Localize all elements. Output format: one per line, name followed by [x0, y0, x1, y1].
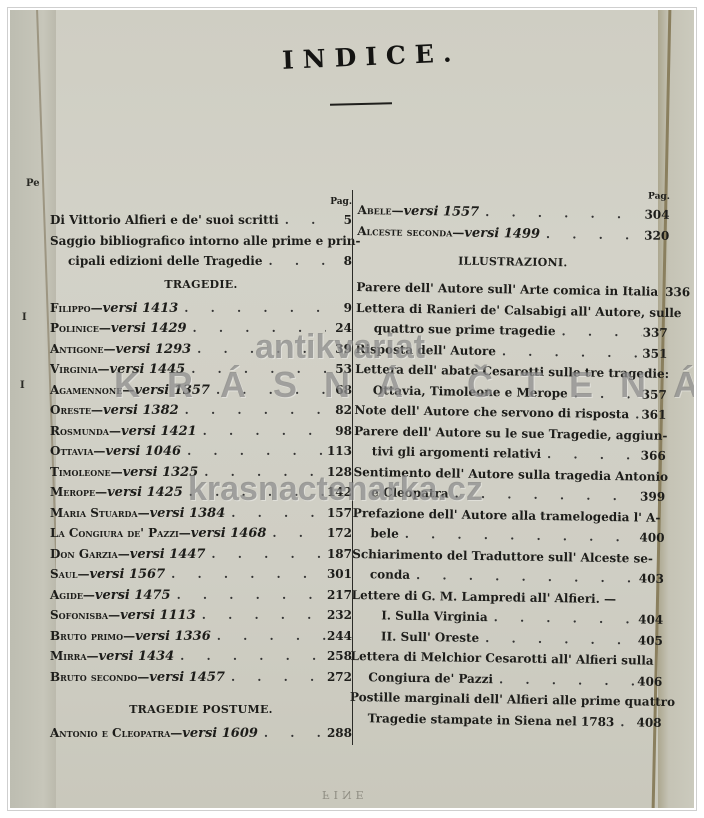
tragedy-entry: Rosmunda—versi 1421. . . . . . . . . . .…: [50, 421, 352, 442]
entry-label: cipali edizioni delle Tragedie: [50, 251, 262, 272]
entry-page-number: 406: [636, 671, 662, 692]
tragedy-entry: Antigone—versi 1293. . . . . . . . . . .…: [50, 339, 352, 360]
leader-dots: . . . . . . . . . . . . . . . . . . . . …: [205, 544, 326, 565]
leader-dots: . . . . . . . . . . . . . . . . . . . . …: [171, 585, 326, 606]
margin-mark: I: [22, 312, 27, 323]
leader-dots: . . . . . . . . . . . . . . . . . . . . …: [479, 202, 644, 225]
verse-count: versi 1046: [105, 444, 181, 459]
tragedy-title: Saul: [50, 567, 77, 581]
tragedy-entry: Merope—versi 1425. . . . . . . . . . . .…: [50, 482, 352, 503]
em-dash: —: [118, 547, 130, 561]
tragedy-entry: Filippo—versi 1413. . . . . . . . . . . …: [50, 298, 352, 319]
tragedie-list: Filippo—versi 1413. . . . . . . . . . . …: [50, 298, 352, 688]
leader-dots: . . . . . . . . . . . . . . . . . . . . …: [496, 341, 642, 364]
entry-label: e Cleopatra: [353, 482, 449, 504]
entry-page-number: 408: [635, 712, 661, 733]
em-dash: —: [93, 444, 105, 458]
tragedy-label: Oreste—versi 1382: [50, 400, 179, 422]
verse-count: versi 1468: [191, 526, 267, 541]
verse-count: versi 1567: [89, 567, 165, 582]
leader-dots: . . . . . . . . . . . . . . . . . . . . …: [493, 669, 637, 692]
entry-page-number: 304: [643, 204, 669, 225]
entry-page-number: 113: [326, 441, 352, 462]
leader-dots: . . . . . . . . . . . . . . . . . . . . …: [614, 712, 636, 733]
tragedy-label: Agide—versi 1475: [50, 585, 171, 607]
entry-page-number: 336: [664, 282, 690, 303]
entry-page-number: 232: [326, 605, 352, 626]
entry-page-number: 258: [326, 646, 352, 667]
leader-dots: . . . . . . . . . . . . . . . . . . . . …: [165, 564, 326, 585]
leader-dots: . . . . . . . . . . . . . . . . . . . . …: [191, 339, 326, 360]
section-heading-tragedie: TRAGEDIE.: [50, 272, 352, 298]
tragedy-title: Mirra: [50, 649, 87, 663]
em-dash: —: [108, 608, 120, 622]
leader-dots: . . . . . . . . . . . . . . . . . . . . …: [258, 723, 326, 744]
leader-dots: . . . . . . . . . . . . . . . . . . . . …: [541, 444, 640, 466]
tragedy-label: Antigone—versi 1293: [50, 339, 191, 361]
em-dash: —: [170, 726, 182, 740]
tragedy-title: Don Garzia: [50, 547, 118, 561]
leader-dots: . . . . . . . . . . . . . . . . . . . . …: [196, 605, 326, 626]
pag-label: Pag.: [50, 196, 352, 210]
right-column: Pag. Abele—versi 1557. . . . . . . . . .…: [349, 186, 669, 733]
tragedy-label: Ottavia—versi 1046: [50, 441, 181, 463]
entry-page-number: 39: [326, 339, 352, 360]
entry-label: bele: [352, 523, 399, 544]
tragedy-entry: Virginia—versi 1445. . . . . . . . . . .…: [50, 359, 352, 380]
entry-label: Di Vittorio Alfieri e de' suoi scritti: [50, 210, 279, 231]
em-dash: —: [109, 424, 121, 438]
tragedy-title: Virginia: [50, 362, 98, 376]
tragedy-entry: Ottavia—versi 1046. . . . . . . . . . . …: [50, 441, 352, 462]
tragedy-title: Polinice: [50, 321, 99, 335]
em-dash: —: [99, 321, 111, 335]
leader-dots: . . . . . . . . . . . . . . . . . . . . …: [225, 503, 326, 524]
entry-page-number: 82: [326, 400, 352, 421]
illustrazioni-list: Parere dell' Autore sull' Arte comica in…: [349, 277, 668, 733]
entry-label: Tragedie stampate in Siena nel 1783: [349, 707, 614, 732]
leader-dots: . . . . . . . . . . . . . . . . . . . . …: [210, 380, 326, 401]
em-dash: —: [138, 506, 150, 520]
verse-count: versi 1382: [103, 403, 179, 418]
tragedy-title: Ottavia: [50, 444, 93, 458]
leader-dots: . . . . . . . . . . . . . . . . . . . . …: [266, 523, 326, 544]
tragedy-entry: Saul—versi 1567. . . . . . . . . . . . .…: [50, 564, 352, 585]
entry-page-number: 8: [326, 251, 352, 272]
em-dash: —: [391, 204, 403, 218]
index-entry: Di Vittorio Alfieri e de' suoi scritti. …: [50, 210, 352, 231]
tragedy-title: Alceste seconda: [357, 223, 452, 238]
entry-page-number: 361: [640, 404, 666, 425]
leader-dots: . . . . . . . . . . . . . . . . . . . . …: [197, 421, 326, 442]
tragedy-entry: Sofonisba—versi 1113. . . . . . . . . . …: [50, 605, 352, 626]
leader-dots: . . . . . . . . . . . . . . . . . . . . …: [479, 627, 637, 650]
tragedy-label: Agamennone—versi 1357: [50, 380, 210, 402]
entry-label: Risposta dell' Autore: [355, 338, 496, 361]
entry-label: Saggio bibliografico intorno alle prime …: [50, 231, 360, 252]
entry-page-number: 142: [326, 482, 352, 503]
leader-dots: . . . . . . . . . . . . . . . . . . . . …: [262, 251, 326, 272]
verse-count: versi 1421: [121, 424, 197, 439]
leader-dots: . . . . . . . . . . . . . . . . . . . . …: [183, 482, 326, 503]
tragedy-title: Sofonisba: [50, 608, 108, 622]
verse-count: versi 1447: [130, 547, 206, 562]
verse-count: versi 1445: [110, 362, 186, 377]
em-dash: —: [104, 342, 116, 356]
tragedy-label: Bruto primo—versi 1336: [50, 626, 211, 648]
em-dash: —: [179, 526, 191, 540]
tragedy-label: Alceste seconda—versi 1499: [357, 220, 540, 244]
entry-page-number: 244: [326, 626, 352, 647]
index-entry: Saggio bibliografico intorno alle prime …: [50, 231, 352, 252]
margin-mark: I: [20, 380, 25, 391]
entry-label: conda: [352, 564, 411, 585]
entry-page-number: 357: [641, 384, 667, 405]
tragedy-title: Merope: [50, 485, 95, 499]
tragedy-label: Saul—versi 1567: [50, 564, 165, 586]
entry-page-number: 9: [326, 298, 352, 319]
tragedy-entry: Bruto primo—versi 1336. . . . . . . . . …: [50, 626, 352, 647]
index-entry: cipali edizioni delle Tragedie. . . . . …: [50, 251, 352, 272]
em-dash: —: [91, 301, 103, 315]
tragedy-label: Sofonisba—versi 1113: [50, 605, 196, 627]
tragedy-entry: Antonio e Cleopatra—versi 1609. . . . . …: [50, 723, 352, 744]
tragedy-entry: Maria Stuarda—versi 1384. . . . . . . . …: [50, 503, 352, 524]
leader-dots: . . . . . . . . . . . . . . . . . . . . …: [187, 318, 326, 339]
verse-count: versi 1293: [116, 342, 192, 357]
entry-page-number: 157: [326, 503, 352, 524]
leader-dots: . . . . . . . . . . . . . . . . . . . . …: [198, 462, 326, 483]
verse-count: versi 1325: [123, 465, 199, 480]
tragedy-title: Oreste: [50, 403, 91, 417]
tragedy-title: Maria Stuarda: [50, 506, 138, 520]
left-column: Pag. Di Vittorio Alfieri e de' suoi scri…: [50, 196, 352, 744]
section-heading-illustrazioni: ILLUSTRAZIONI.: [357, 247, 669, 278]
verse-count: versi 1499: [464, 225, 540, 241]
postume-list: Antonio e Cleopatra—versi 1609. . . . . …: [50, 723, 352, 744]
book-photo: Pe I I INDICE. Pag. Di Vittorio Alfieri …: [10, 10, 694, 808]
verse-count: versi 1557: [403, 204, 479, 220]
tragedy-entry: Mirra—versi 1434. . . . . . . . . . . . …: [50, 646, 352, 667]
entry-page-number: 24: [326, 318, 352, 339]
leader-dots: . . . . . . . . . . . . . . . . . . . . …: [629, 404, 641, 425]
verse-count: versi 1384: [150, 506, 226, 521]
entry-page-number: 337: [642, 322, 668, 343]
tragedy-label: Rosmunda—versi 1421: [50, 421, 197, 443]
entry-page-number: 187: [326, 544, 352, 565]
entry-page-number: 68: [326, 380, 352, 401]
tragedy-title: Agamennone: [50, 383, 122, 397]
verse-count: versi 1434: [99, 649, 175, 664]
verse-count: versi 1457: [149, 670, 225, 685]
verse-count: versi 1425: [107, 485, 183, 500]
entry-page-number: 400: [638, 527, 664, 548]
mirrored-footer-text: FINE: [322, 788, 368, 801]
em-dash: —: [111, 465, 123, 479]
entry-page-number: 53: [326, 359, 352, 380]
leader-dots: . . . . . . . . . . . . . . . . . . . . …: [185, 359, 326, 380]
entry-page-number: 301: [326, 564, 352, 585]
entry-page-number: 272: [326, 667, 352, 688]
tragedy-title: La Congiura de' Pazzi: [50, 526, 179, 540]
tragedy-entry: Alceste seconda—versi 1499. . . . . . . …: [357, 220, 669, 245]
tragedy-title: Antigone: [50, 342, 104, 356]
verse-count: versi 1336: [135, 629, 211, 644]
verse-count: versi 1609: [182, 726, 258, 741]
tragedy-label: Merope—versi 1425: [50, 482, 183, 504]
tragedy-title: Agide: [50, 588, 83, 602]
em-dash: —: [98, 362, 110, 376]
leader-dots: . . . . . . . . . . . . . . . . . . . . …: [225, 667, 326, 688]
em-dash: —: [123, 629, 135, 643]
intro-list: Di Vittorio Alfieri e de' suoi scritti. …: [50, 210, 352, 272]
entry-page-number: 405: [637, 630, 663, 651]
tragedy-label: Mirra—versi 1434: [50, 646, 174, 668]
entry-page-number: 403: [638, 568, 664, 589]
tragedy-title: Bruto secondo: [50, 670, 137, 684]
tragedy-entry: Don Garzia—versi 1447. . . . . . . . . .…: [50, 544, 352, 565]
tragedy-entry: Agide—versi 1475. . . . . . . . . . . . …: [50, 585, 352, 606]
margin-mark: Pe: [26, 178, 40, 189]
tragedy-entry: Oreste—versi 1382. . . . . . . . . . . .…: [50, 400, 352, 421]
entry-page-number: 288: [326, 723, 352, 744]
tragedy-title: Antonio e Cleopatra: [50, 726, 170, 740]
entry-page-number: 98: [326, 421, 352, 442]
verse-count: versi 1475: [95, 588, 171, 603]
entry-page-number: 172: [326, 523, 352, 544]
tragedy-entry: Bruto secondo—versi 1457. . . . . . . . …: [50, 667, 352, 688]
tragedy-label: Polinice—versi 1429: [50, 318, 187, 340]
tragedy-title: Filippo: [50, 301, 91, 315]
leader-dots: . . . . . . . . . . . . . . . . . . . . …: [178, 298, 326, 319]
em-dash: —: [137, 670, 149, 684]
em-dash: —: [83, 588, 95, 602]
tragedy-entry: Agamennone—versi 1357. . . . . . . . . .…: [50, 380, 352, 401]
entry-page-number: 399: [639, 486, 665, 507]
tragedy-label: Antonio e Cleopatra—versi 1609: [50, 723, 258, 745]
tragedy-label: Virginia—versi 1445: [50, 359, 185, 381]
tragedie-continued-list: Abele—versi 1557. . . . . . . . . . . . …: [357, 200, 670, 246]
leader-dots: . . . . . . . . . . . . . . . . . . . . …: [568, 383, 641, 405]
leader-dots: . . . . . . . . . . . . . . . . . . . . …: [540, 223, 644, 245]
verse-count: versi 1429: [111, 321, 187, 336]
entry-label: I. Sulla Virginia: [351, 605, 488, 628]
section-heading-postume: TRAGEDIE POSTUME.: [50, 697, 352, 723]
entry-page-number: 366: [640, 445, 666, 466]
entry-label: Congiura de' Pazzi: [350, 666, 493, 689]
tragedy-label: Don Garzia—versi 1447: [50, 544, 205, 566]
leader-dots: . . . . . . . . . . . . . . . . . . . . …: [555, 321, 641, 343]
tragedy-title: Timoleone: [50, 465, 111, 479]
verse-count: versi 1113: [120, 608, 196, 623]
tragedy-entry: La Congiura de' Pazzi—versi 1468. . . . …: [50, 523, 352, 544]
tragedy-label: Filippo—versi 1413: [50, 298, 178, 320]
entry-page-number: 5: [326, 210, 352, 231]
entry-label: II. Sull' Oreste: [351, 625, 480, 648]
tragedy-title: Rosmunda: [50, 424, 109, 438]
em-dash: —: [77, 567, 89, 581]
tragedy-label: Bruto secondo—versi 1457: [50, 667, 225, 689]
verse-count: versi 1413: [103, 301, 179, 316]
leader-dots: . . . . . . . . . . . . . . . . . . . . …: [181, 441, 326, 462]
tragedy-label: Maria Stuarda—versi 1384: [50, 503, 225, 525]
em-dash: —: [122, 383, 134, 397]
em-dash: —: [452, 225, 464, 239]
leader-dots: . . . . . . . . . . . . . . . . . . . . …: [279, 210, 326, 231]
entry-page-number: 404: [637, 609, 663, 630]
entry-page-number: 320: [643, 225, 669, 246]
tragedy-entry: Polinice—versi 1429. . . . . . . . . . .…: [50, 318, 352, 339]
em-dash: —: [91, 403, 103, 417]
tragedy-title: Bruto primo: [50, 629, 123, 643]
leader-dots: . . . . . . . . . . . . . . . . . . . . …: [179, 400, 326, 421]
tragedy-label: La Congiura de' Pazzi—versi 1468: [50, 523, 266, 545]
em-dash: —: [95, 485, 107, 499]
leader-dots: . . . . . . . . . . . . . . . . . . . . …: [488, 607, 638, 630]
verse-count: versi 1357: [134, 383, 210, 398]
tragedy-entry: Timoleone—versi 1325. . . . . . . . . . …: [50, 462, 352, 483]
entry-label: tivi gli argomenti relativi: [354, 441, 542, 464]
em-dash: —: [87, 649, 99, 663]
entry-page-number: 351: [641, 343, 667, 364]
leader-dots: . . . . . . . . . . . . . . . . . . . . …: [174, 646, 326, 667]
tragedy-title: Abele: [358, 203, 392, 218]
leader-dots: . . . . . . . . . . . . . . . . . . . . …: [211, 626, 326, 647]
tragedy-label: Timoleone—versi 1325: [50, 462, 198, 484]
entry-page-number: 217: [326, 585, 352, 606]
entry-page-number: 128: [326, 462, 352, 483]
